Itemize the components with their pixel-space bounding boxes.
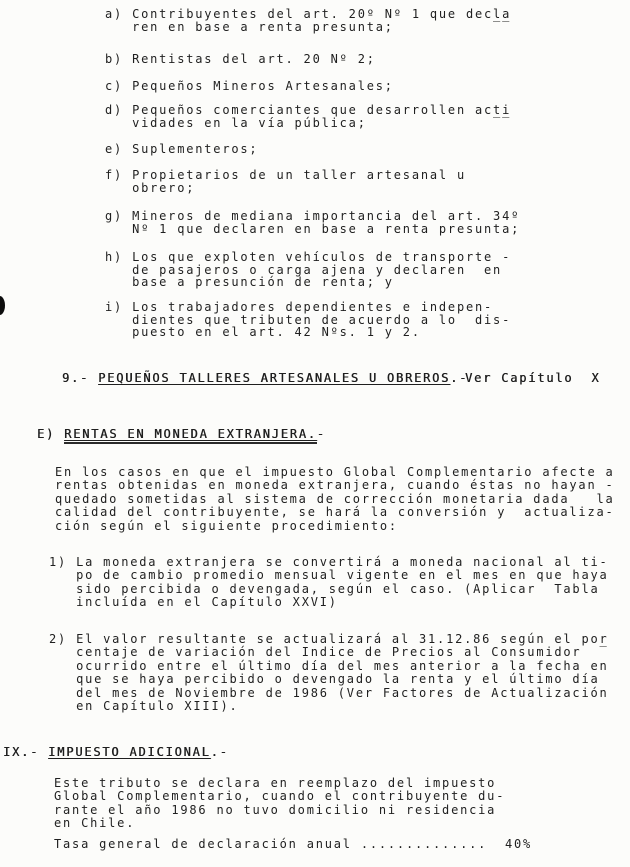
list-item-g: g) Mineros de mediana importancia del ar… — [105, 210, 520, 235]
closing-paragraph: Este tributo se declara en reemplazo del… — [54, 777, 505, 831]
section-e-title: RENTAS EN MONEDA EXTRANJERA. — [64, 427, 317, 444]
section-9-title: PEQUEÑOS TALLERES ARTESANALES U OBREROS — [98, 371, 450, 385]
section-e-tail: - — [317, 427, 326, 441]
section-ix-title: IMPUESTO ADICIONAL — [48, 745, 210, 759]
section-e-heading: E) RENTAS EN MONEDA EXTRANJERA.- — [37, 428, 326, 441]
scan-ink-blob — [0, 296, 5, 315]
list-item-f: f) Propietarios de un taller artesanal u… — [105, 169, 466, 194]
list-item-e: e) Suplementeros; — [105, 143, 258, 156]
document-page: a) Contribuyentes del art. 20º Nº 1 que … — [0, 0, 630, 867]
list-item-a: a) Contribuyentes del art. 20º Nº 1 que … — [105, 8, 511, 33]
numbered-step-2: 2) El valor resultante se actualizará al… — [49, 633, 609, 713]
section-ix-label: IX.- — [3, 745, 48, 759]
intro-paragraph: En los casos en que el impuesto Global C… — [55, 466, 615, 533]
list-item-d: d) Pequeños comerciantes que desarrollen… — [105, 104, 511, 129]
rate-value: 40% — [505, 838, 532, 851]
list-item-c: c) Pequeños Mineros Artesanales; — [105, 80, 394, 93]
list-item-h: h) Los que exploten vehículos de transpo… — [105, 251, 511, 289]
section-9-heading: 9.- PEQUEÑOS TALLERES ARTESANALES U OBRE… — [62, 372, 468, 385]
section-ix-tail: .- — [211, 745, 229, 759]
section-9-number: 9.- — [62, 371, 98, 385]
list-item-b: b) Rentistas del art. 20 Nº 2; — [105, 53, 376, 66]
section-ix-heading: IX.- IMPUESTO ADICIONAL.- — [3, 746, 229, 759]
section-e-label: E) — [37, 427, 64, 441]
numbered-step-1: 1) La moneda extranjera se convertirá a … — [49, 556, 609, 610]
chapter-reference: Ver Capítulo X — [465, 372, 600, 385]
rate-line-label: Tasa general de declaración anual ......… — [54, 838, 487, 851]
list-item-i: i) Los trabajadores dependientes e indep… — [105, 301, 511, 339]
